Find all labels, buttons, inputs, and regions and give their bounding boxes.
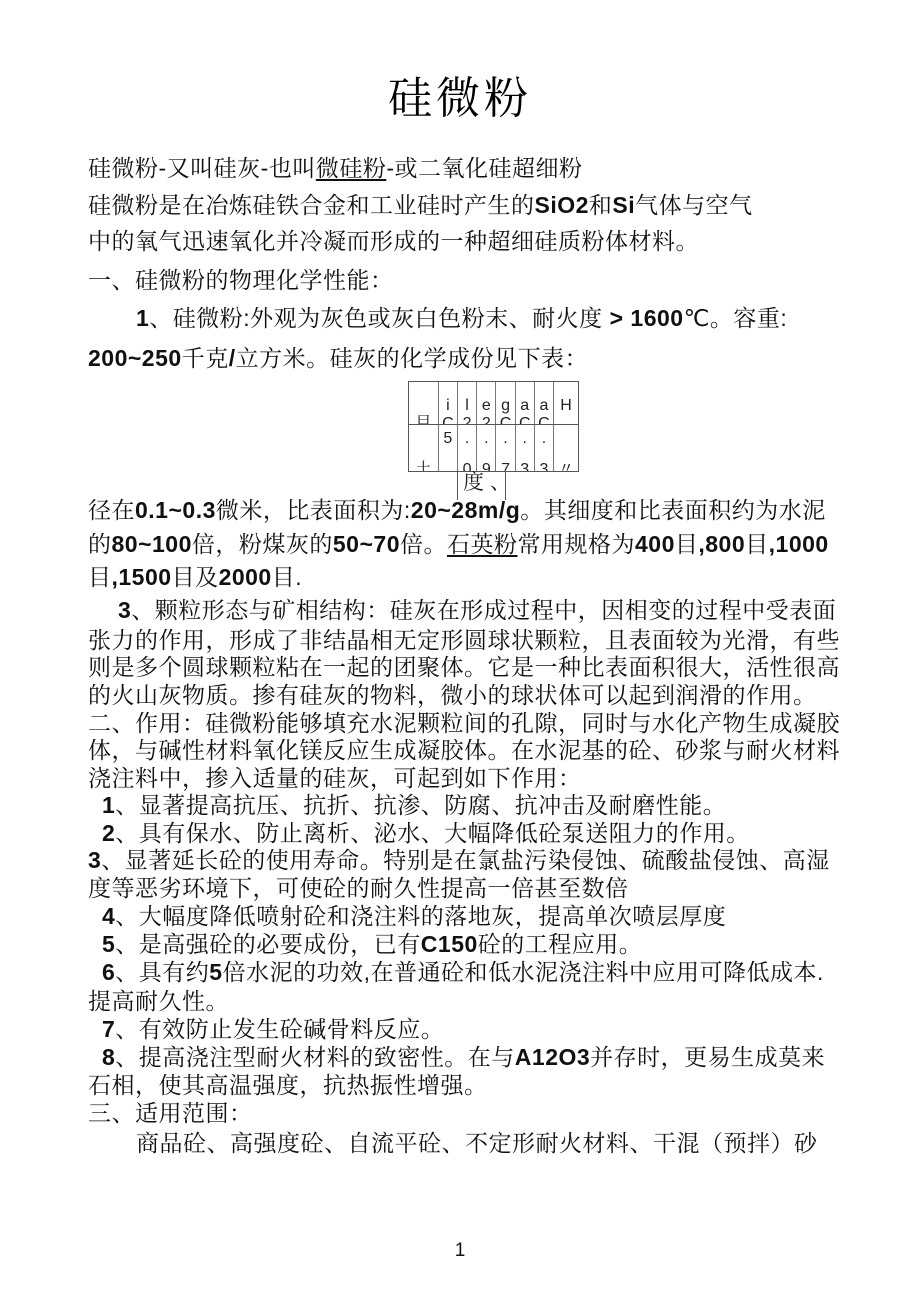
paragraph-line: 石相，使其高温强度，抗热振性增强。 <box>88 1072 488 1099</box>
text-segment: 、具有保水、防止离析、泌水、大幅降低砼泵送阻力的作用。 <box>115 820 750 846</box>
text-segment: SiO2 <box>535 192 589 218</box>
text-segment: 倍，粉煤灰的 <box>192 531 333 557</box>
table-cell: .7 <box>496 425 515 471</box>
text-segment: 、有效防止发生砼碱骨料反应。 <box>115 1016 444 1042</box>
text-segment: 2 <box>102 820 115 846</box>
text-segment: 、是高强砼的必要成份，已有 <box>115 931 421 957</box>
paragraph-line: 三、适用范围： <box>88 1100 253 1127</box>
text-segment: 400 <box>635 531 675 557</box>
text-segment: 、显著延长砼的使用寿命。特别是在氯盐污染侵蚀、硫酸盐侵蚀、高湿 <box>101 847 830 873</box>
paragraph-line: 6、具有约5倍水泥的功效,在普通砼和低水泥浇注料中应用可降低成本. <box>102 959 824 986</box>
paragraph-line: 3、显著延长砼的使用寿命。特别是在氯盐污染侵蚀、硫酸盐侵蚀、高湿 <box>88 847 830 874</box>
paragraph-line: 张力的作用，形成了非结晶相无定形圆球状颗粒，且表面较为光滑，有些 <box>88 627 840 654</box>
text-segment: 目 <box>675 531 699 557</box>
text-segment: 商品砼、高强度砼、自流平砼、不定形耐火材料、干混（预拌）砂 <box>136 1130 818 1156</box>
table-cell: H <box>554 382 578 424</box>
paragraph-line: 200~250千克/立方米。硅灰的化学成份见下表： <box>88 345 588 372</box>
table-row: 土5.0.9.7.3.3〃 <box>409 425 578 471</box>
text-segment: 目 <box>745 531 769 557</box>
paragraph-line: 硅微粉是在冶炼硅铁合金和工业硅时产生的SiO2和Si气体与空气 <box>88 192 753 219</box>
table-cell: aC <box>535 382 554 424</box>
text-segment: 倍。 <box>400 531 447 557</box>
table-cell: gC <box>496 382 515 424</box>
text-segment: 。其细度和比表面积约为水泥 <box>520 497 826 523</box>
paragraph-line: 度等恶劣环境下，可使砼的耐久性提高一倍甚至数倍 <box>88 875 629 902</box>
text-segment: 三、适用范围： <box>88 1100 253 1126</box>
underlined-term: 微硅粉 <box>316 155 387 181</box>
text-segment: 4 <box>102 903 115 929</box>
table-cell: iC <box>439 382 458 424</box>
text-segment: 、具有约 <box>115 959 209 985</box>
text-segment: ,1500 <box>112 564 172 590</box>
text-segment: > 1600 <box>610 305 684 331</box>
table-cell: aC <box>516 382 535 424</box>
table-cell: 目 <box>409 382 439 424</box>
text-segment: 张力的作用，形成了非结晶相无定形圆球状颗粒，且表面较为光滑，有些 <box>88 627 840 653</box>
text-segment: 二、作用：硅微粉能够填充水泥颗粒间的孔隙，同时与水化产物生成凝胶 <box>88 710 840 736</box>
table-cell: 土 <box>409 425 439 471</box>
table-cell: 5 <box>439 425 458 471</box>
text-segment: 1 <box>102 792 115 818</box>
paragraph-line: 则是多个圆球颗粒粘在一起的团聚体。它是一种比表面积很大，活性很高 <box>88 654 840 681</box>
paragraph-line: 体，与碱性材料氧化镁反应生成凝胶体。在水泥基的砼、砂浆与耐火材料 <box>88 737 840 764</box>
text-segment: 、硅微粉:外观为灰色或灰白色粉末、耐火度 <box>149 305 609 331</box>
text-segment: 0.1~0.3 <box>135 497 216 523</box>
text-segment: 、提高浇注型耐火材料的致密性。在与 <box>115 1044 515 1070</box>
paragraph-line: 5、是高强砼的必要成份，已有C150砼的工程应用。 <box>102 931 642 958</box>
paragraph-line: 中的氧气迅速氧化并冷凝而形成的一种超细硅质粉体材料。 <box>88 228 699 255</box>
text-segment: 提高耐久性。 <box>88 988 229 1014</box>
table-cell: l2 <box>458 382 477 424</box>
paragraph-line: 1、硅微粉:外观为灰色或灰白色粉末、耐火度 > 1600℃。容重: <box>136 305 787 332</box>
text-segment: 砼的工程应用。 <box>478 931 643 957</box>
text-segment: 硅微粉是在冶炼硅铁合金和工业硅时产生的 <box>88 192 535 218</box>
text-segment: -或二氧化硅超细粉 <box>386 155 582 181</box>
text-segment: 径在 <box>88 497 135 523</box>
page-number: 1 <box>0 1240 920 1262</box>
text-segment: A12O3 <box>515 1044 590 1070</box>
text-segment: 体，与碱性材料氧化镁反应生成凝胶体。在水泥基的砼、砂浆与耐火材料 <box>88 737 840 763</box>
text-segment: 5 <box>102 931 115 957</box>
text-segment: 微米，比表面积为: <box>216 497 411 523</box>
paragraph-line: 径在0.1~0.3微米，比表面积为:20~28m/g。其细度和比表面积约为水泥 <box>88 497 826 524</box>
text-segment: 立方米。硅灰的化学成份见下表： <box>236 345 589 371</box>
text-segment: 则是多个圆球颗粒粘在一起的团聚体。它是一种比表面积很大，活性很高 <box>88 654 840 680</box>
paragraph-line: 的80~100倍，粉煤灰的50~70倍。石英粉常用规格为400目,800目,10… <box>88 531 829 558</box>
text-segment: 目 <box>88 564 112 590</box>
paragraph-line: 1、显著提高抗压、抗折、抗渗、防腐、抗冲击及耐磨性能。 <box>102 792 726 819</box>
paragraph-line: 硅微粉-又叫硅灰-也叫微硅粉-或二氧化硅超细粉 <box>88 155 583 182</box>
text-segment: ℃。容重: <box>684 305 788 331</box>
text-segment: ,800 <box>698 531 745 557</box>
clipped-text: 度 、 <box>463 472 511 494</box>
text-segment: 、颗粒形态与矿相结构：硅灰在形成过程中，因相变的过程中受表面 <box>131 597 836 623</box>
table-cell: .0 <box>458 425 477 471</box>
text-segment: 的火山灰物质。掺有硅灰的物料，微小的球状体可以起到润滑的作用。 <box>88 682 817 708</box>
table-gridline <box>457 470 458 500</box>
text-segment: 倍水泥的功效,在普通砼和低水泥浇注料中应用可降低成本. <box>223 959 824 985</box>
text-segment: ,1000 <box>769 531 829 557</box>
paragraph-line: 提高耐久性。 <box>88 988 229 1015</box>
text-segment: 5 <box>209 959 222 985</box>
table-cell: .9 <box>477 425 496 471</box>
text-segment: 50~70 <box>333 531 400 557</box>
text-segment: 目. <box>272 564 302 590</box>
text-segment: 目及 <box>172 564 219 590</box>
text-segment: 常用规格为 <box>518 531 636 557</box>
text-segment: 一、硅微粉的物理化学性能： <box>88 267 394 293</box>
paragraph-line: 一、硅微粉的物理化学性能： <box>88 267 394 294</box>
text-segment: 浇注料中，掺入适量的硅灰，可起到如下作用： <box>88 765 582 791</box>
table-cell: .3 <box>516 425 535 471</box>
text-segment: 6 <box>102 959 115 985</box>
paragraph-line: 4、大幅度降低喷射砼和浇注料的落地灰，提高单次喷层厚度 <box>102 903 726 930</box>
text-segment: 20~28m/g <box>411 497 521 523</box>
text-segment: 7 <box>102 1016 115 1042</box>
text-segment: 度等恶劣环境下，可使砼的耐久性提高一倍甚至数倍 <box>88 875 629 901</box>
text-segment: 2000 <box>219 564 272 590</box>
text-segment: 石相，使其高温强度，抗热振性增强。 <box>88 1072 488 1098</box>
text-segment: C150 <box>421 931 478 957</box>
paragraph-line: 二、作用：硅微粉能够填充水泥颗粒间的孔隙，同时与水化产物生成凝胶 <box>88 710 840 737</box>
paragraph-line: 3、颗粒形态与矿相结构：硅灰在形成过程中，因相变的过程中受表面 <box>118 597 836 624</box>
text-segment: 的 <box>88 531 112 557</box>
document-title: 硅微粉 <box>0 62 920 126</box>
text-segment: 80~100 <box>112 531 192 557</box>
paragraph-line: 浇注料中，掺入适量的硅灰，可起到如下作用： <box>88 765 582 792</box>
document-page: 硅微粉 硅微粉-又叫硅灰-也叫微硅粉-或二氧化硅超细粉硅微粉是在冶炼硅铁合金和工… <box>0 0 920 1301</box>
paragraph-line: 7、有效防止发生砼碱骨料反应。 <box>102 1016 444 1043</box>
paragraph-line: 2、具有保水、防止离析、泌水、大幅降低砼泵送阻力的作用。 <box>102 820 750 847</box>
text-segment: 、大幅度降低喷射砼和浇注料的落地灰，提高单次喷层厚度 <box>115 903 726 929</box>
text-segment: 和 <box>589 192 613 218</box>
text-segment: 硅微粉-又叫硅灰-也叫 <box>88 155 316 181</box>
text-segment: 3 <box>88 847 101 873</box>
table-cell: .3 <box>535 425 554 471</box>
text-segment: 1 <box>136 305 149 331</box>
text-segment: 中的氧气迅速氧化并冷凝而形成的一种超细硅质粉体材料。 <box>88 228 699 254</box>
paragraph-line: 商品砼、高强度砼、自流平砼、不定形耐火材料、干混（预拌）砂 <box>136 1130 818 1157</box>
text-segment: 并存时，更易生成莫来 <box>590 1044 825 1070</box>
table-row: 目iCl2e2gCaCaCH <box>409 382 578 425</box>
text-segment: 3 <box>118 597 131 623</box>
text-segment: 8 <box>102 1044 115 1070</box>
underlined-term: 石英粉 <box>447 531 518 557</box>
text-segment: 、显著提高抗压、抗折、抗渗、防腐、抗冲击及耐磨性能。 <box>115 792 726 818</box>
paragraph-line: 8、提高浇注型耐火材料的致密性。在与A12O3并存时，更易生成莫来 <box>102 1044 825 1071</box>
table-cell: 〃 <box>554 425 578 471</box>
paragraph-line: 的火山灰物质。掺有硅灰的物料，微小的球状体可以起到润滑的作用。 <box>88 682 817 709</box>
table-cell: e2 <box>477 382 496 424</box>
paragraph-line: 目,1500目及2000目. <box>88 564 302 591</box>
composition-table: 目iCl2e2gCaCaCH土5.0.9.7.3.3〃度 、 <box>408 381 579 472</box>
text-segment: / <box>229 345 236 371</box>
text-segment: 千克 <box>182 345 229 371</box>
text-segment: Si <box>612 192 635 218</box>
text-segment: 200~250 <box>88 345 182 371</box>
text-segment: 气体与空气 <box>635 192 753 218</box>
